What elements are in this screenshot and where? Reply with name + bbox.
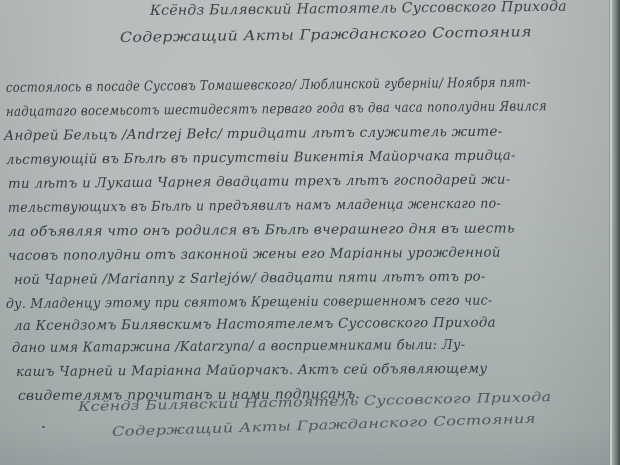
page-gutter xyxy=(612,0,620,465)
header-line-2: Содержащий Акты Гражданского Состояния xyxy=(120,24,532,46)
body-line-3: Андрей Бельцъ /Andrzej Bełc/ тридцати лѣ… xyxy=(4,124,503,144)
body-line-9: ной Чарней /Marianny z Sarlejów/ двадцат… xyxy=(14,269,486,288)
header-line-1: Ксёндз Билявский Настоятель Суссовского … xyxy=(150,0,567,19)
body-line-4: льствующій въ Бѣлѣ въ присутствіи Викент… xyxy=(6,148,516,168)
body-line-7: ла объявляя что онъ родился въ Бѣлѣ вчер… xyxy=(8,220,515,240)
document-photo: Ксёндз Билявский Настоятель Суссовского … xyxy=(0,0,620,465)
bottom-shadow xyxy=(0,425,620,465)
body-line-13: кашъ Чарней и Маріанна Майорчакъ. Актъ с… xyxy=(16,361,487,380)
body-line-12: дано имя Катаржина /Katarzyna/ а восприе… xyxy=(12,337,466,356)
body-line-2: надцатаго восемьсотъ шестидесятъ перваго… xyxy=(6,98,547,120)
body-line-1: состоялось в посаде Суссовъ Томашевского… xyxy=(6,75,531,96)
body-line-5: ти лѣтъ и Лукаша Чарнея двадцати трехъ л… xyxy=(8,172,511,192)
body-line-11: ла Ксендзомъ Билявскимъ Настоятелемъ Сус… xyxy=(14,315,496,334)
body-line-8: часовъ пополудни отъ законной жены его М… xyxy=(8,245,501,264)
body-line-10: ду. Младенцу этому при святомъ Крещеніи … xyxy=(6,293,493,312)
body-line-6: тельствующихъ въ Бѣлѣ и предъявилъ намъ … xyxy=(8,196,501,216)
